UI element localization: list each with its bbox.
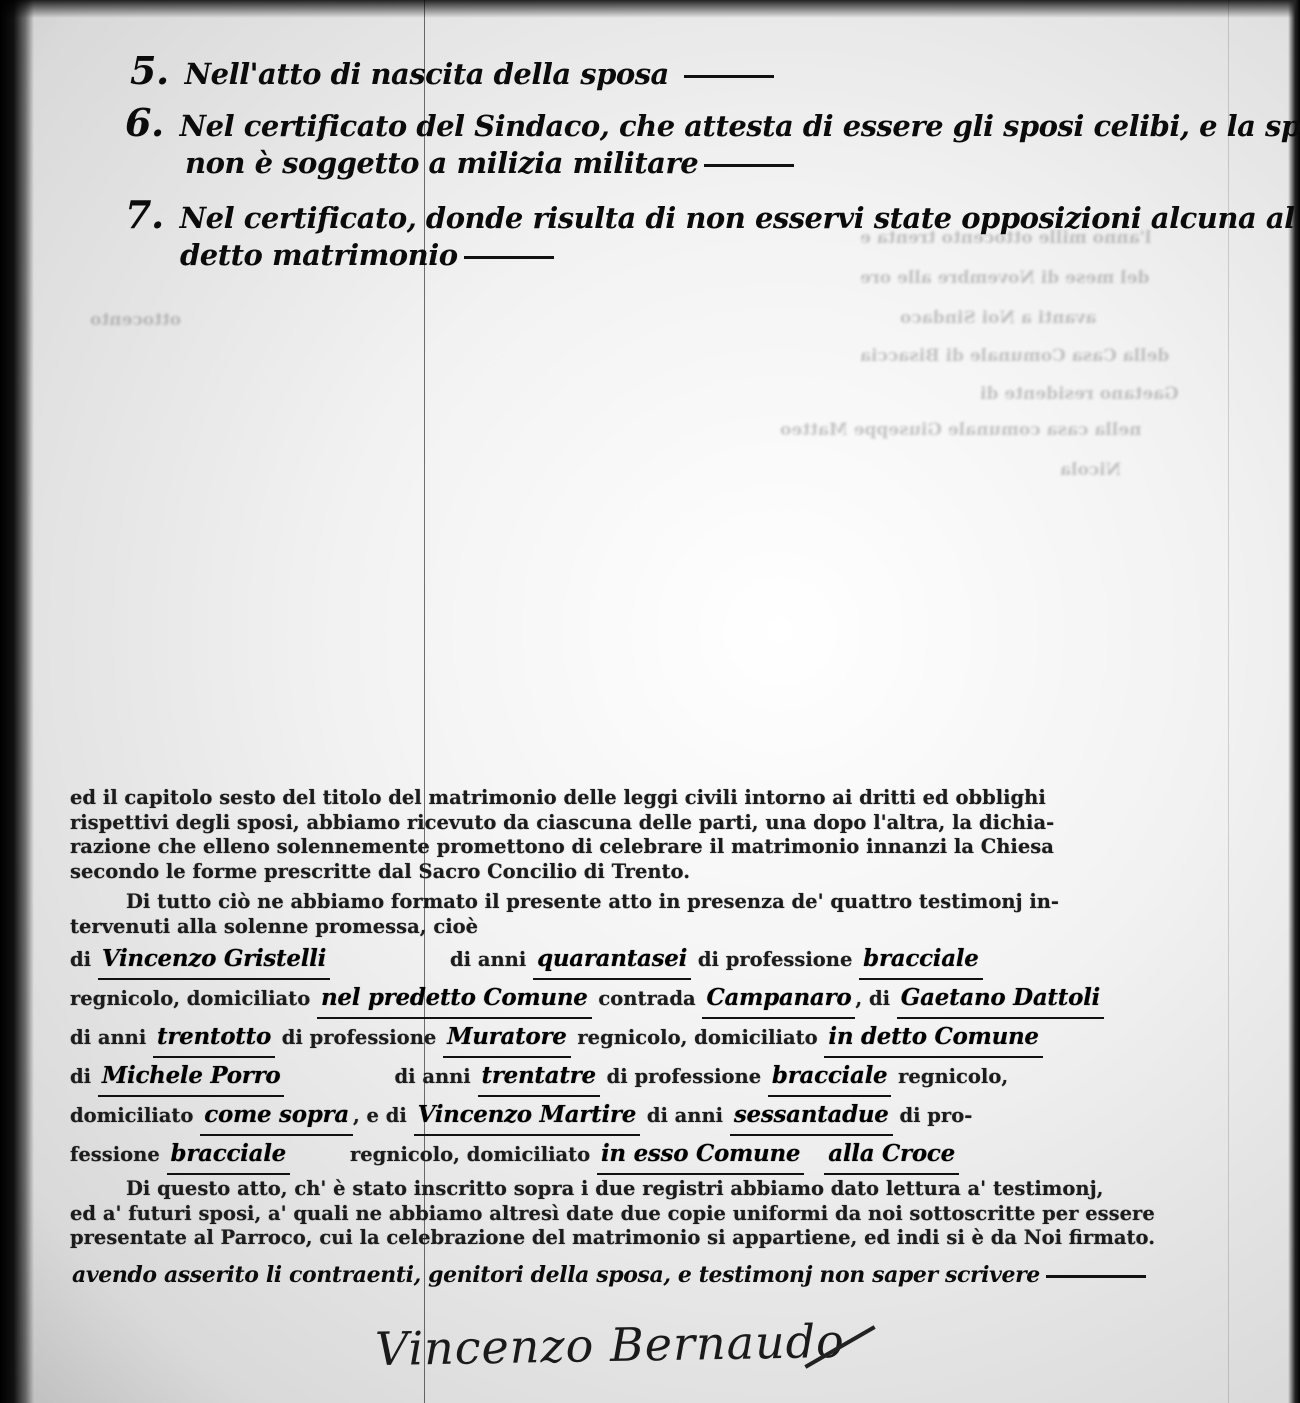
handwritten-note: avendo asserito li contraenti, genitori …: [72, 1262, 1146, 1288]
printed-line: ed a' futuri sposi, a' quali ne abbiamo …: [70, 1202, 1175, 1227]
witness-form-line-3: di anni trentotto di professione Murator…: [70, 1017, 1175, 1056]
witness-3-age: trentatre: [478, 1056, 600, 1097]
bleed-through-line: nella casa comunale Giuseppe Matteo: [780, 420, 1141, 440]
witness-form-line-1: di Vincenzo Gristelli di anni quarantase…: [70, 939, 1175, 978]
witness-2-domicile: in detto Comune: [824, 1017, 1042, 1058]
witness-2-profession: Muratore: [443, 1017, 571, 1058]
witness-1-profession: bracciale: [859, 939, 982, 980]
mayor-signature: Vincenzo Bernaudo: [375, 1314, 846, 1376]
witness-form-line-2: regnicolo, domiciliato nel predetto Comu…: [70, 978, 1175, 1017]
bleed-through-line: Nicola: [1060, 460, 1121, 480]
witness-4-profession: bracciale: [167, 1134, 290, 1175]
handwritten-item-6-continuation: non è soggetto a milizia militare: [185, 146, 794, 180]
witness-1-domicile: nel predetto Comune: [317, 978, 592, 1019]
witness-1-name: Vincenzo Gristelli: [98, 939, 330, 980]
bleed-through-line: avanti a Noi Sindaco: [900, 308, 1096, 328]
printed-line: secondo le forme prescritte dal Sacro Co…: [70, 860, 1175, 885]
printed-line: ed il capitolo sesto del titolo del matr…: [70, 786, 1175, 811]
witness-4-street: alla Croce: [824, 1134, 959, 1175]
printed-line: Di questo atto, ch' è stato inscritto so…: [70, 1177, 1175, 1202]
handwritten-item-7: 7.Nel certificato, donde risulta di non …: [125, 192, 1295, 237]
witness-form-line-4: di Michele Porro di anni trentatre di pr…: [70, 1056, 1175, 1095]
bleed-through-line: Gaetano residente di: [980, 384, 1179, 404]
witness-4-age: sessantadue: [730, 1095, 893, 1136]
witness-2-age: trentotto: [153, 1017, 275, 1058]
printed-line: presentate al Parroco, cui la celebrazio…: [70, 1226, 1175, 1251]
witness-form-line-6: fessione bracciale regnicolo, domiciliat…: [70, 1134, 1175, 1173]
witness-2-name: Gaetano Dattoli: [897, 978, 1104, 1019]
witness-3-name: Michele Porro: [98, 1056, 285, 1097]
witness-1-age: quarantasei: [533, 939, 691, 980]
witness-3-domicile: come sopra: [200, 1095, 353, 1136]
bleed-through-line: del mese di Novembre alle ore: [860, 268, 1149, 288]
printed-line: razione che elleno solennemente prometto…: [70, 835, 1175, 860]
witness-3-profession: bracciale: [768, 1056, 891, 1097]
witness-4-domicile: in esso Comune: [597, 1134, 804, 1175]
printed-line: Di tutto ciò ne abbiamo formato il prese…: [70, 890, 1175, 915]
page-left-edge-shadow: [0, 0, 34, 1403]
printed-line: rispettivi degli sposi, abbiamo ricevuto…: [70, 811, 1175, 836]
witness-4-name: Vincenzo Martire: [414, 1095, 640, 1136]
handwritten-item-5: 5.Nell'atto di nascita della sposa: [130, 48, 774, 93]
document-page: l'anno mille ottocento trenta e del mese…: [0, 0, 1300, 1403]
handwritten-item-6: 6.Nel certificato del Sindaco, che attes…: [125, 100, 1300, 145]
page-top-edge-shadow: [0, 0, 1300, 18]
witness-1-street: Campanaro: [702, 978, 855, 1019]
bleed-through-line: ottocento: [90, 310, 181, 330]
witness-form-line-5: domiciliato come sopra , e di Vincenzo M…: [70, 1095, 1175, 1134]
bleed-through-line: della Casa Comunale di Bisaccia: [860, 346, 1169, 366]
handwritten-item-7-continuation: detto matrimonio: [180, 238, 554, 272]
printed-line: tervenuti alla solenne promessa, cioè: [70, 915, 1175, 940]
printed-text-block: ed il capitolo sesto del titolo del matr…: [70, 786, 1175, 1251]
